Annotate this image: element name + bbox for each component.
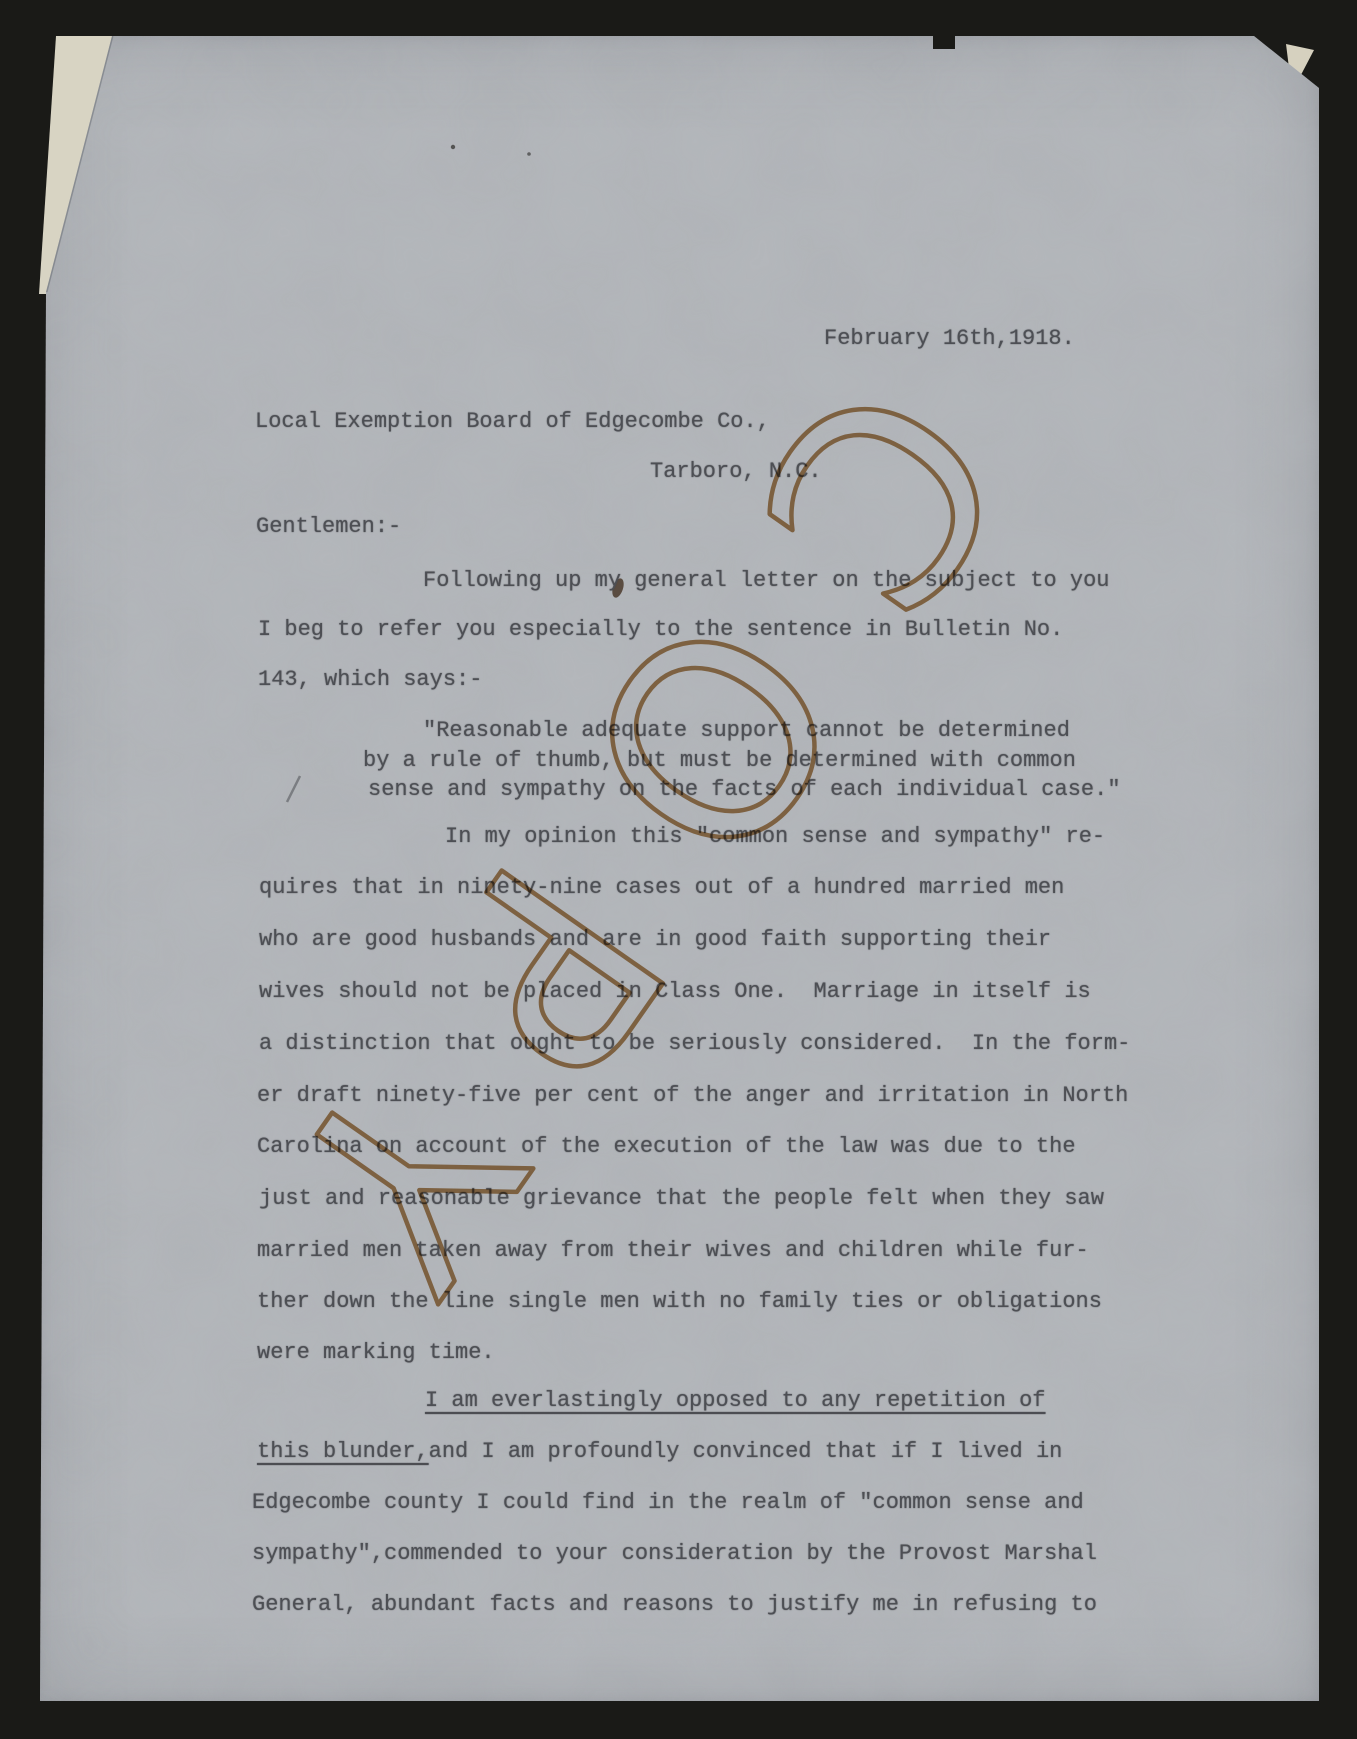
body-line: were marking time. bbox=[257, 1340, 495, 1366]
recipient-line: Local Exemption Board of Edgecombe Co., bbox=[255, 409, 770, 435]
body-line: General, abundant facts and reasons to j… bbox=[252, 1592, 1097, 1618]
body-line-rest: and I am profoundly convinced that if I … bbox=[429, 1439, 1063, 1464]
ink-speck bbox=[451, 145, 455, 149]
ink-speck bbox=[527, 152, 531, 156]
letter-page: February 16th,1918. Local Exemption Boar… bbox=[38, 36, 1319, 1701]
salutation-line: Gentlemen:- bbox=[256, 514, 401, 540]
body-line: married men taken away from their wives … bbox=[257, 1238, 1089, 1264]
underlined-phrase: this blunder, bbox=[257, 1439, 429, 1464]
body-line: 143, which says:- bbox=[258, 667, 482, 693]
body-line: I beg to refer you especially to the sen… bbox=[258, 617, 1063, 643]
quote-line: sense and sympathy on the facts of each … bbox=[368, 777, 1121, 803]
body-line: this blunder,and I am profoundly convinc… bbox=[257, 1439, 1062, 1465]
quote-line: "Reasonable adequate support cannot be d… bbox=[423, 718, 1070, 744]
quote-line: by a rule of thumb, but must be determin… bbox=[363, 748, 1076, 774]
body-line: ther down the line single men with no fa… bbox=[257, 1289, 1102, 1315]
body-line: In my opinion this "common sense and sym… bbox=[445, 824, 1105, 850]
body-line: Edgecombe county I could find in the rea… bbox=[252, 1490, 1084, 1516]
body-line: quires that in ninety-nine cases out of … bbox=[259, 875, 1064, 901]
body-line: wives should not be placed in Class One.… bbox=[259, 979, 1091, 1005]
body-line: just and reasonable grievance that the p… bbox=[259, 1186, 1104, 1212]
body-line: Following up my general letter on the su… bbox=[423, 568, 1110, 594]
scan-background: February 16th,1918. Local Exemption Boar… bbox=[0, 0, 1357, 1739]
body-line: sympathy",commended to your consideratio… bbox=[252, 1541, 1097, 1567]
stray-slash-mark bbox=[287, 776, 300, 802]
body-line: er draft ninety-five per cent of the ang… bbox=[257, 1083, 1128, 1109]
body-line-underlined: I am everlastingly opposed to any repeti… bbox=[425, 1388, 1046, 1414]
recipient-line: Tarboro, N.C. bbox=[650, 459, 822, 485]
date-line: February 16th,1918. bbox=[824, 326, 1075, 352]
body-line: who are good husbands and are in good fa… bbox=[259, 927, 1051, 953]
body-line: Carolina on account of the execution of … bbox=[257, 1134, 1076, 1160]
body-line: a distinction that ought to be seriously… bbox=[259, 1031, 1130, 1057]
